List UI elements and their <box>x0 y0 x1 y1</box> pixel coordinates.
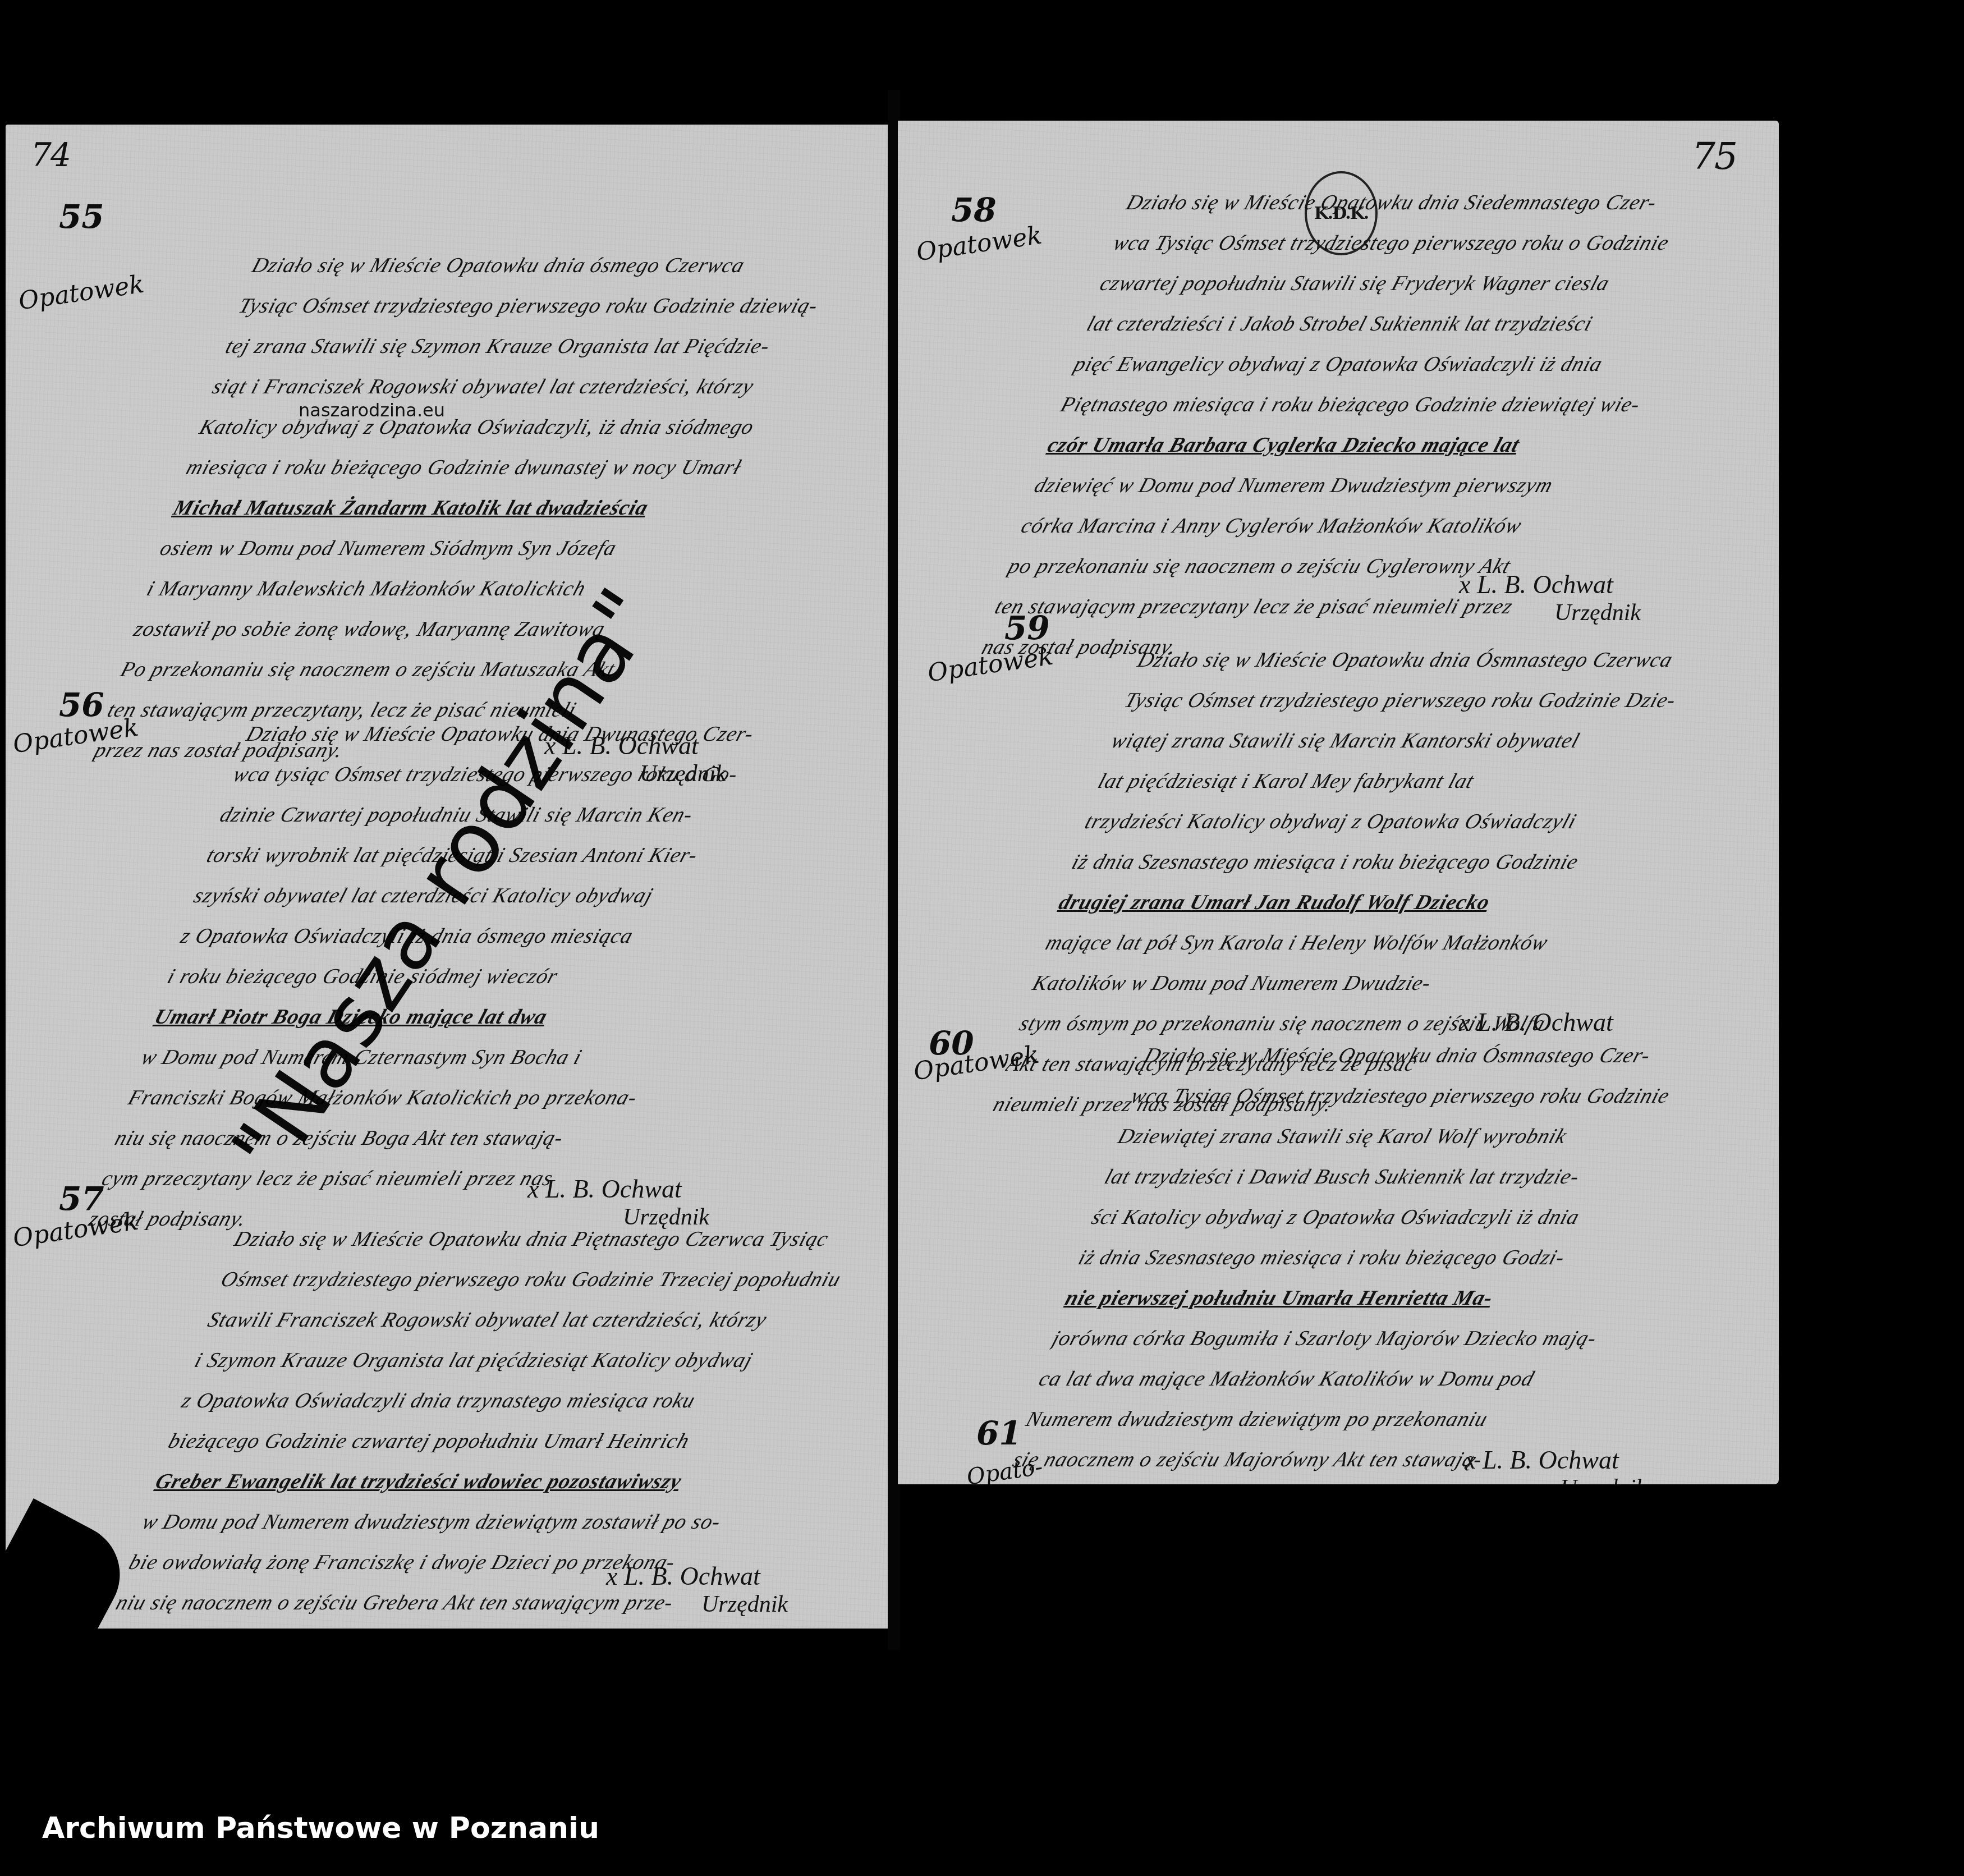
text-line: osiem w Domu pod Numerem Siódmym Syn Józ… <box>154 528 857 568</box>
text-line: Działo się w Mieście Opatowku dnia ósmeg… <box>246 245 892 286</box>
text-line: Po przekonaniu się naocznem o zejściu Ma… <box>115 649 818 690</box>
text-line-deceased-name: Michał Matuszak Żandarm Katolik lat dwad… <box>167 488 870 528</box>
text-line: lat pięćdziesiąt i Karol Mey fabrykant l… <box>1093 761 1779 801</box>
page-number-left: 74 <box>31 136 70 174</box>
text-line: pięć Ewangelicy obydwaj z Opatowka Oświa… <box>1068 344 1779 384</box>
entry-number: 59 <box>1004 609 1050 647</box>
text-line: Dziewiątej zrana Stawili się Karol Wolf … <box>1112 1116 1779 1157</box>
text-line-deceased-name: Umarł Piotr Boga Dziecko mające lat dwa <box>149 997 857 1037</box>
entry-text: Działo się w Mieście Opatowku dnia ósmeg… <box>89 245 892 770</box>
text-line: tej zrana Stawili się Szymon Krauze Orga… <box>220 326 892 366</box>
text-line-deceased-name: nie pierwszej południu Umarła Henrietta … <box>1059 1278 1763 1318</box>
text-line: ca lat dwa mające Małżonków Katolików w … <box>1034 1359 1737 1399</box>
text-line: wiątej zrana Stawili się Marcin Kantorsk… <box>1105 721 1779 761</box>
text-line: Stawili Franciszek Rogowski obywatel lat… <box>202 1300 892 1340</box>
text-line: szyński obywatel lat czterdzieści Katoli… <box>188 875 892 916</box>
entry-place: Opato-wek <box>965 1454 1050 1484</box>
archive-caption: Archiwum Państwowe w Poznaniu <box>42 1811 599 1845</box>
registrar-signature: x L. B. Ochwat Urzędnik <box>1465 1445 1646 1484</box>
text-line: wca Tysiąc Ośmset trzydziestego pierwsze… <box>1125 1076 1779 1116</box>
text-line: Działo się w Mieście Opatowku dnia Ósmna… <box>1139 1035 1779 1076</box>
text-line: iż dnia Szesnastego miesiąca i roku bież… <box>1066 842 1769 882</box>
text-line: i Szymon Krauze Organista lat pięćdziesi… <box>189 1340 892 1380</box>
website-watermark: naszarodzina.eu <box>297 400 446 421</box>
text-line: Działo się w Mieście Opatowku dnia Ósmna… <box>1132 640 1779 680</box>
text-line: w Domu pod Numerem Czternastym Syn Bocha… <box>136 1037 845 1077</box>
text-line: z Opatowka Oświadczyli iż dnia ósmego mi… <box>175 916 884 956</box>
text-line-deceased-name: czór Umarła Barbara Cyglerka Dziecko maj… <box>1042 425 1756 465</box>
signature-title: Urzędnik <box>701 1591 788 1618</box>
text-line: czwartej popołudniu Stawili się Fryderyk… <box>1094 263 1779 304</box>
signature-text: x L. B. Ochwat <box>606 1562 760 1590</box>
text-line: Tysiąc Ośmset trzydziestego pierwszego r… <box>1119 680 1779 721</box>
text-line-deceased-name: drugiej zrana Umarł Jan Rudolf Wolf Dzie… <box>1053 882 1756 923</box>
text-line: i Maryanny Malewskich Małżonków Katolick… <box>141 568 845 609</box>
text-line: Działo się w Mieście Opatowku dnia Piętn… <box>228 1219 892 1259</box>
registrar-signature: x L. B. Ochwat Urzędnik <box>606 1561 788 1618</box>
text-line: lat czterdzieści i Jakob Strobel Sukienn… <box>1081 304 1779 344</box>
text-line: lat trzydzieści i Dawid Busch Sukiennik … <box>1099 1157 1779 1197</box>
text-line: mające lat pół Syn Karola i Heleny Wolfó… <box>1040 923 1743 963</box>
entry-number: 55 <box>59 198 104 236</box>
entry-number: 61 <box>976 1414 1022 1452</box>
entry-text: Działo się w Mieście Opatowku dnia Siede… <box>976 182 1779 667</box>
signature-text: x L. B. Ochwat <box>1459 1008 1613 1036</box>
signature-title: Urzędnik <box>1554 599 1641 626</box>
text-line: iż dnia Szesnastego miesiąca i roku bież… <box>1073 1237 1776 1278</box>
text-line: Tysiąc Ośmset trzydziestego pierwszego r… <box>233 286 892 326</box>
entry-place: Opatowek <box>17 270 146 316</box>
text-line: bieżącego Godzinie czwartej popołudniu U… <box>163 1421 877 1461</box>
signature-text: x L. B. Ochwat <box>1459 570 1613 599</box>
text-line: Działo się w Mieście Opatowku dnia Siede… <box>1121 182 1779 223</box>
registrar-signature: x L. B. Ochwat Urzędnik <box>1459 570 1641 626</box>
text-line: trzydzieści Katolicy obydwaj z Opatowka … <box>1079 801 1779 842</box>
text-line: dziewięć w Domu pod Numerem Dwudziestym … <box>1029 465 1743 506</box>
text-line: torski wyrobnik lat pięćdziesiąt i Szesi… <box>201 835 892 875</box>
text-line: miesiąca i roku bieżącego Godzinie dwuna… <box>181 447 884 488</box>
page-number-right: 75 <box>1692 135 1737 178</box>
text-line: Piętnastego miesiąca i roku bieżącego Go… <box>1055 384 1769 425</box>
text-line: Franciszki Bogów Małżonków Katolickich p… <box>122 1077 831 1118</box>
archival-scan: 74 55 Opatowek Działo się w Mieście Opat… <box>0 0 1964 1876</box>
text-line: wca Tysiąc Ośmset trzydziestego pierwsze… <box>1108 223 1779 263</box>
text-line: i roku bieżącego Godzinie siódmej wieczó… <box>162 956 870 997</box>
text-line: z Opatowka Oświadczyli dnia trzynastego … <box>176 1380 890 1421</box>
text-line: Numerem dwudziestym dziewiątym po przeko… <box>1020 1399 1723 1439</box>
text-line: córka Marcina i Anny Cyglerów Małżonków … <box>1016 506 1730 546</box>
text-line: Ośmset trzydziestego pierwszego roku God… <box>215 1259 892 1300</box>
right-page: 75 K.D.K. 58 Opatowek Działo się w Mieśc… <box>898 121 1779 1484</box>
signature-text: x L. B. Ochwat <box>527 1175 682 1203</box>
signature-title: Urzędnik <box>1560 1475 1646 1484</box>
text-line: zostawił po sobie żonę wdowę, Maryannę Z… <box>128 609 831 649</box>
entry-number: 58 <box>951 191 997 229</box>
text-line: czytany lecz że pisać nieumieli przez na… <box>97 1623 811 1629</box>
text-line: Katolików w Domu pod Numerem Dwudzie- <box>1027 963 1730 1003</box>
text-line: ści Katolicy obydwaj z Opatowka Oświadcz… <box>1086 1197 1779 1237</box>
text-line-deceased-name: Greber Ewangelik lat trzydzieści wdowiec… <box>150 1461 864 1502</box>
signature-text: x L. B. Ochwat <box>1465 1446 1619 1474</box>
text-line: jorówna córka Bogumiła i Szarloty Majoró… <box>1047 1318 1750 1359</box>
text-line: w Domu pod Numerem dwudziestym dziewiąty… <box>136 1502 851 1542</box>
registrar-signature: x L. B. Ochwat <box>1459 1007 1613 1037</box>
